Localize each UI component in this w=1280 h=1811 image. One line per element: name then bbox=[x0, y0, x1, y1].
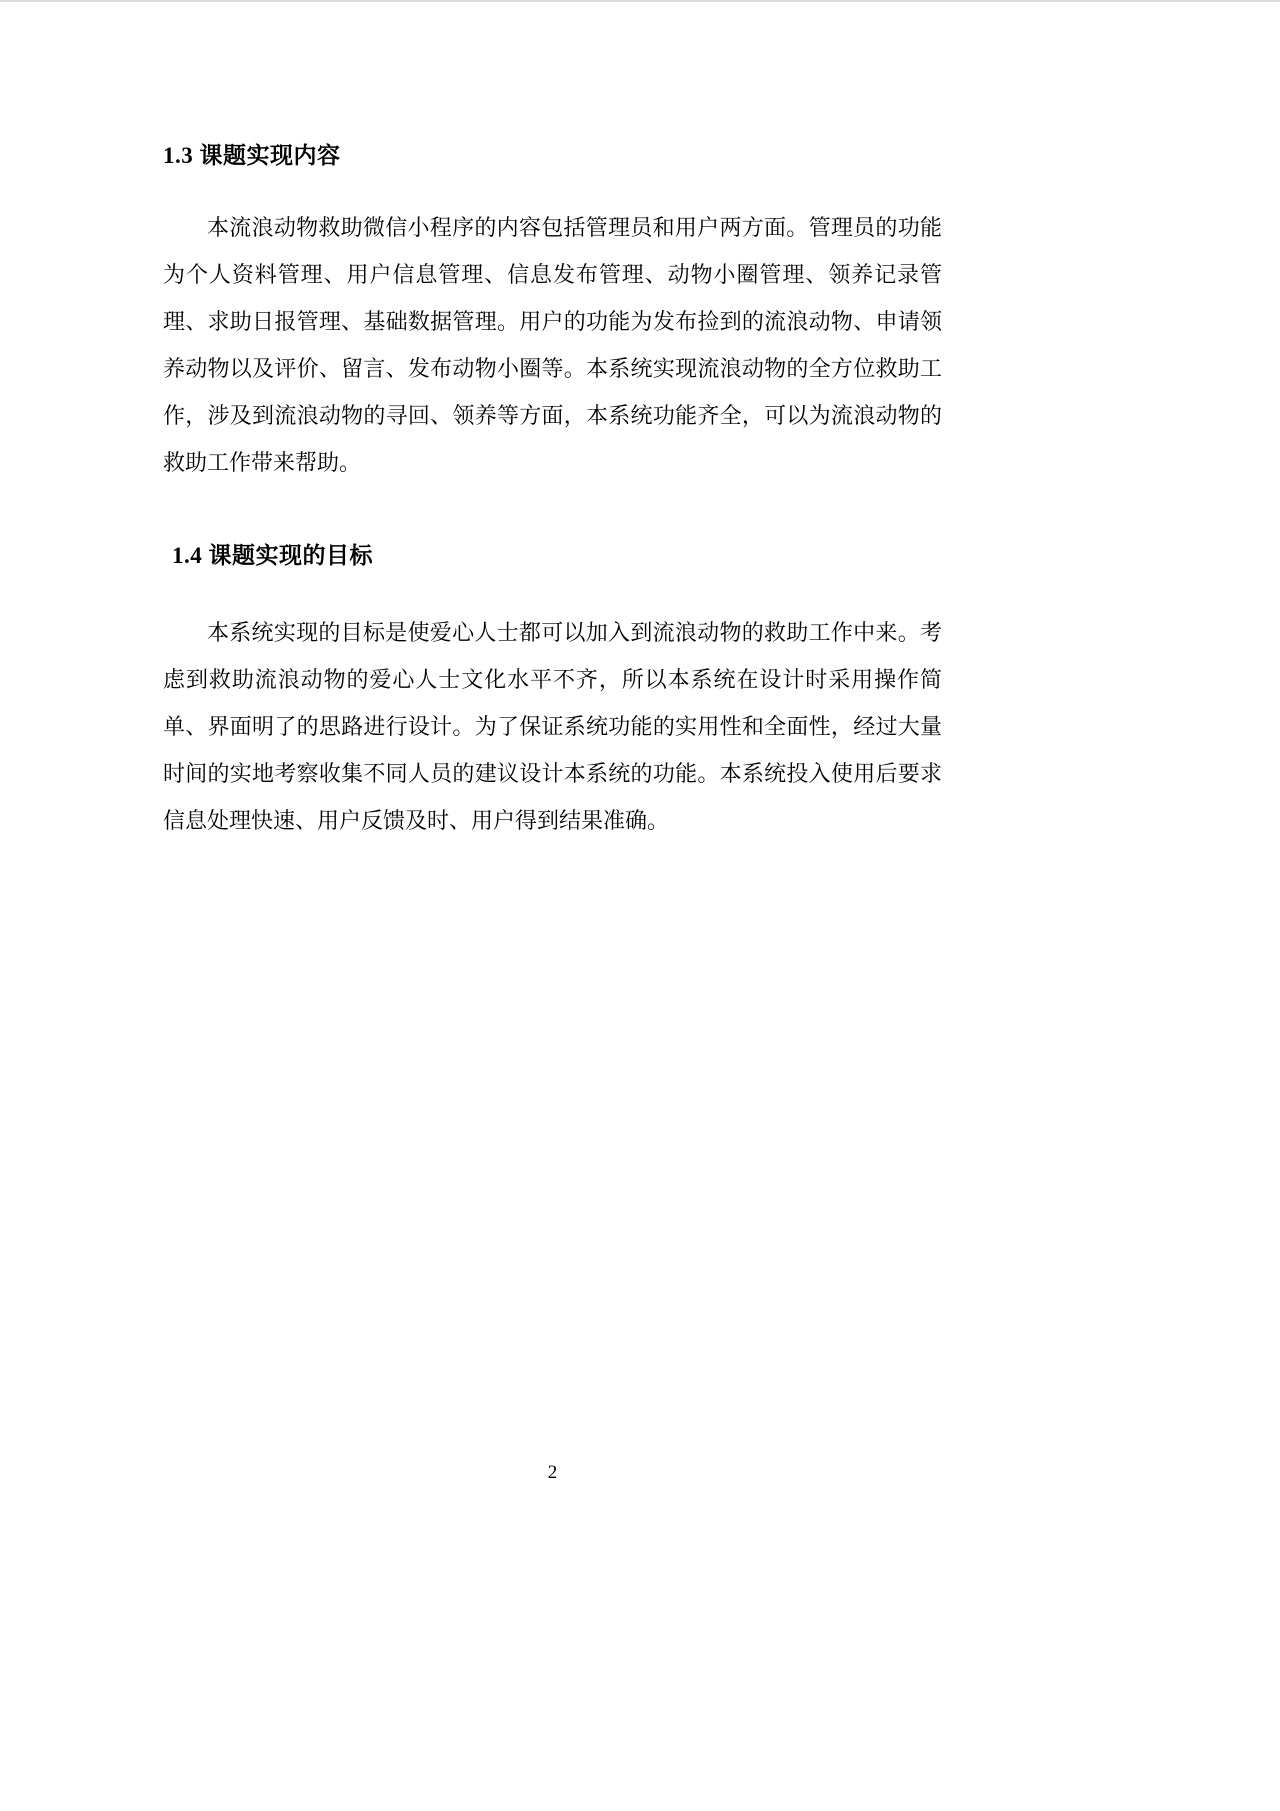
section-1-3-paragraph: 本流浪动物救助微信小程序的内容包括管理员和用户两方面。管理员的功能为个人资料管理… bbox=[163, 204, 942, 486]
section-1-4-paragraph: 本系统实现的目标是使爱心人士都可以加入到流浪动物的救助工作中来。考虑到救助流浪动… bbox=[163, 609, 942, 844]
section-heading-1-3: 1.3 课题实现内容 bbox=[163, 141, 942, 171]
page-number: 2 bbox=[163, 1462, 942, 1484]
page-content: 1.3 课题实现内容 本流浪动物救助微信小程序的内容包括管理员和用户两方面。管理… bbox=[163, 0, 942, 844]
document-page: 1.3 课题实现内容 本流浪动物救助微信小程序的内容包括管理员和用户两方面。管理… bbox=[0, 0, 1280, 1811]
section-heading-1-4: 1.4 课题实现的目标 bbox=[163, 541, 942, 571]
